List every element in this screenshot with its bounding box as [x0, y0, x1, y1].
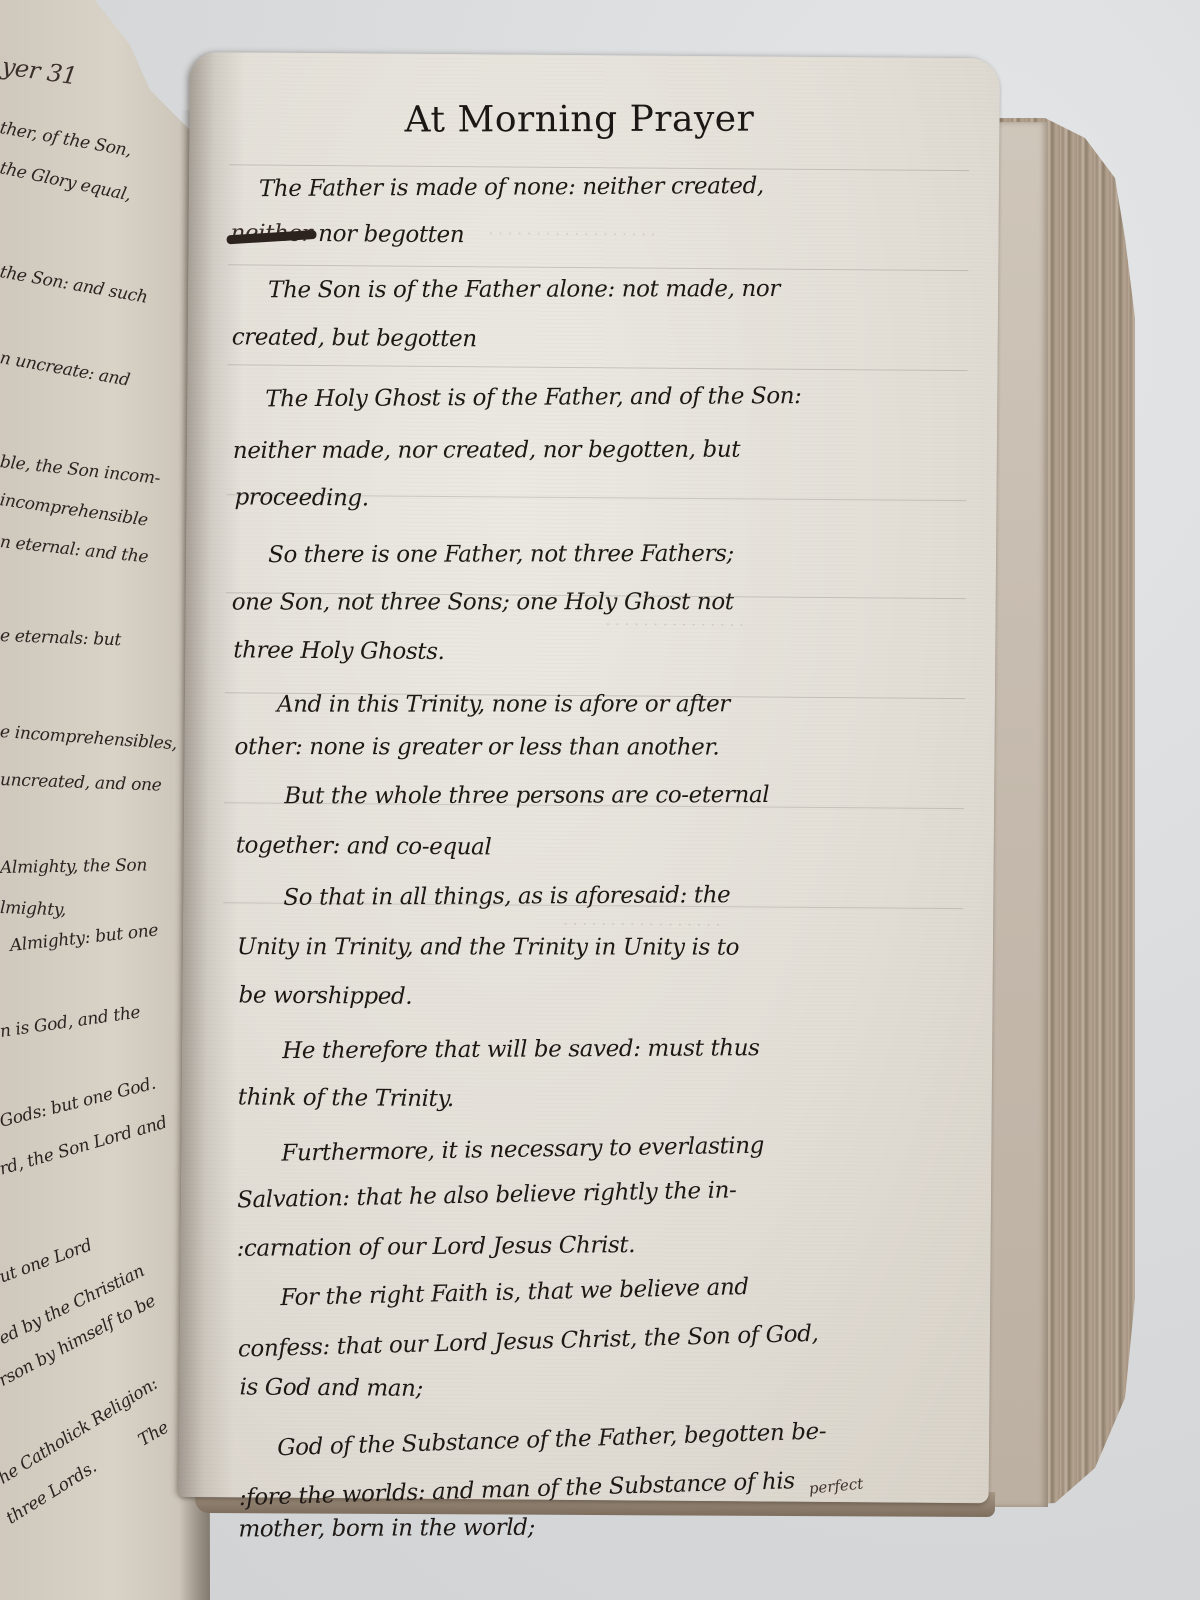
left-line: ble, the Son incom-	[0, 452, 161, 489]
right-page: · · · · · · · · · · · · · · · · · · · · …	[179, 52, 1000, 1503]
text-line-fragment: nor begotten	[318, 221, 464, 248]
show-through-text: · · · · · · · · · · · · · · ·	[605, 615, 743, 634]
left-line: Almighty, the Son	[0, 855, 147, 878]
text-line: is God and man;	[239, 1374, 423, 1401]
text-line: So there is one Father, not three Father…	[268, 541, 734, 568]
text-line: Salvation: that he also believe rightly …	[237, 1177, 737, 1213]
left-line: n is God, and the	[0, 1002, 142, 1042]
left-line: n eternal: and the	[0, 532, 149, 567]
left-line: ther, of the Son,	[0, 118, 133, 161]
left-line: ut one Lord	[0, 1235, 95, 1287]
text-line: created, but begotten	[232, 324, 477, 352]
left-line: uncreated, and one	[0, 770, 162, 796]
marginal-note: perfect	[808, 1475, 864, 1498]
left-line: lmighty,	[0, 898, 66, 920]
text-line: Furthermore, it is necessary to everlast…	[281, 1133, 764, 1167]
left-line: e incomprehensibles,	[0, 722, 178, 754]
text-line: confess: that our Lord Jesus Christ, the…	[238, 1321, 819, 1363]
text-line: Unity in Trinity, and the Trinity in Uni…	[237, 934, 739, 960]
text-line: other: none is greater or less than anot…	[235, 734, 720, 760]
left-line: n uncreate: and	[0, 348, 131, 391]
text-line: think of the Trinity.	[238, 1084, 454, 1112]
text-line: The Son is of the Father alone: not made…	[268, 276, 780, 303]
left-line: the Son: and such	[0, 262, 149, 308]
ruled-line	[228, 264, 968, 271]
text-line: :carnation of our Lord Jesus Christ.	[237, 1232, 636, 1262]
left-line: e eternals: but	[0, 626, 121, 650]
text-line: The Father is made of none: neither crea…	[259, 173, 764, 202]
left-line: incomprehensible	[0, 490, 149, 531]
text-line: together: and co-equal	[236, 832, 492, 860]
left-page-header: yer 31	[0, 52, 79, 90]
text-line: And in this Trinity, none is afore or af…	[277, 691, 730, 717]
text-line: neithernor begotten	[230, 220, 464, 248]
left-line: the Glory equal,	[0, 158, 133, 205]
text-line: The Holy Ghost is of the Father, and of …	[265, 383, 801, 412]
text-line: proceeding.	[234, 484, 368, 511]
text-line: For the right Faith is, that we believe …	[280, 1274, 749, 1311]
text-line: So that in all things, as is aforesaid: …	[283, 882, 730, 911]
left-line: Almighty: but one	[9, 920, 159, 955]
gutter-shade	[179, 52, 245, 1497]
text-line: neither made, nor created, nor begotten,…	[233, 437, 740, 464]
show-through-text: · · · · · · · · · · · · · · · · · ·	[489, 224, 656, 243]
struck-out-word: neither	[230, 220, 312, 247]
text-line: one Son, not three Sons; one Holy Ghost …	[232, 589, 734, 615]
left-page: yer 31 ther, of the Son, the Glory equal…	[0, 0, 210, 1600]
manuscript-photo: yer 31 ther, of the Son, the Glory equal…	[0, 0, 1200, 1600]
text-line: God of the Substance of the Father, bego…	[277, 1419, 827, 1462]
ruled-line	[229, 164, 969, 171]
text-line: mother, born in the world;	[238, 1515, 535, 1543]
ruled-line	[228, 364, 968, 371]
text-line: three Holy Ghosts.	[233, 637, 444, 665]
text-line: He therefore that will be saved: must th…	[282, 1035, 759, 1064]
page-title: At Morning Prayer	[329, 98, 829, 140]
left-line: The	[135, 1418, 172, 1451]
text-line: be worshipped.	[238, 982, 412, 1009]
text-line: But the whole three persons are co-etern…	[284, 782, 769, 809]
show-through-text: · · · · · · · · · · · · · · · · ·	[563, 915, 720, 934]
